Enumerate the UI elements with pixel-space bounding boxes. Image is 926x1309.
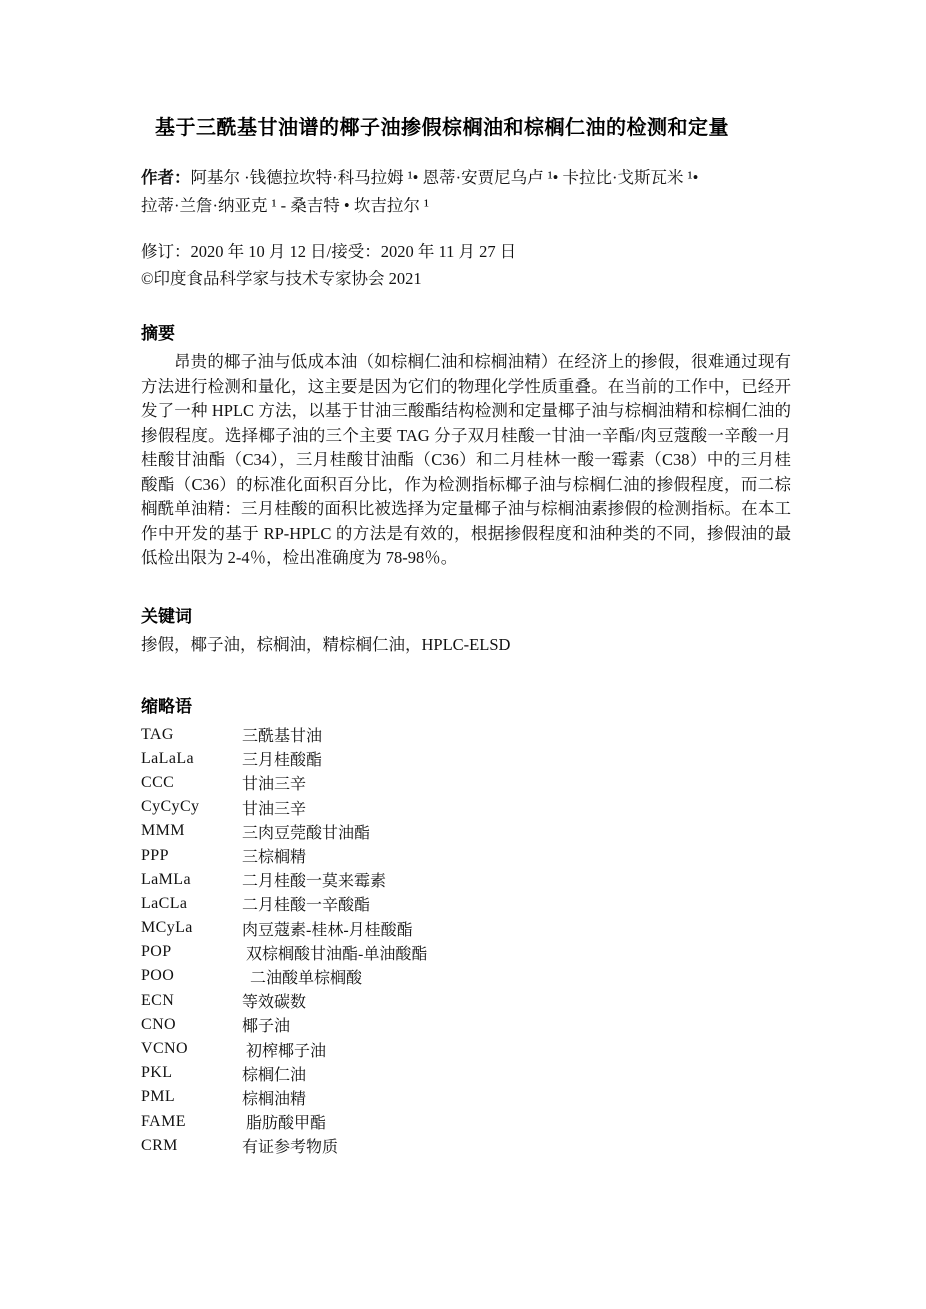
abbreviation-definition: 二月桂酸一莫来霉素 [242, 868, 386, 891]
abbreviation-term: TAG [141, 726, 242, 744]
abbreviation-term: LaLaLa [141, 750, 242, 768]
abbreviation-row: FAME 脂肪酸甲酯 [141, 1110, 791, 1134]
document-content: 基于三酰基甘油谱的椰子油掺假棕榈油和棕榈仁油的检测和定量 作者：阿基尔 ·钱德拉… [141, 112, 791, 1158]
abbreviations-list: TAG三酰基甘油 LaLaLa三月桂酸酯 CCC甘油三辛 CyCyCy甘油三辛 … [141, 723, 791, 1158]
abbreviation-term: CRM [141, 1137, 242, 1155]
keywords-heading: 关键词 [141, 607, 791, 627]
abbreviation-definition: 棕榈仁油 [242, 1062, 306, 1085]
abbreviation-definition: 棕榈油精 [242, 1086, 306, 1109]
abbreviation-definition: 二油酸单棕榈酸 [242, 965, 362, 988]
abbreviation-row: TAG三酰基甘油 [141, 723, 791, 747]
abbreviation-row: MMM三肉豆莞酸甘油酯 [141, 819, 791, 843]
abbreviation-term: CCC [141, 774, 242, 792]
abbreviation-row: CRM有证参考物质 [141, 1134, 791, 1158]
abbreviation-definition: 椰子油 [242, 1013, 290, 1036]
paper-title: 基于三酰基甘油谱的椰子油掺假棕榈油和棕榈仁油的检测和定量 [141, 112, 791, 144]
revision-accepted-dates: 修订：2020 年 10 月 12 日/接受：2020 年 11 月 27 日 [141, 242, 516, 261]
abbreviation-definition: 双棕榈酸甘油酯-单油酸酯 [242, 941, 427, 964]
abbreviation-term: CyCyCy [141, 798, 242, 816]
abbreviation-definition: 三棕榈精 [242, 844, 306, 867]
abbreviation-definition: 甘油三辛 [242, 771, 306, 794]
abbreviations-heading: 缩略语 [141, 697, 791, 717]
abbreviation-row: LaCLa二月桂酸一辛酸酯 [141, 892, 791, 916]
abbreviation-row: PPP三棕榈精 [141, 843, 791, 867]
abbreviation-term: LaMLa [141, 871, 242, 889]
abbreviation-definition: 有证参考物质 [242, 1134, 338, 1157]
abbreviation-term: POP [141, 943, 242, 961]
abstract-heading: 摘要 [141, 324, 791, 344]
abbreviation-row: CyCyCy甘油三辛 [141, 795, 791, 819]
abbreviation-term: CNO [141, 1016, 242, 1034]
abbreviation-definition: 脂肪酸甲酯 [242, 1110, 326, 1133]
abbreviation-term: PML [141, 1088, 242, 1106]
meta-block: 修订：2020 年 10 月 12 日/接受：2020 年 11 月 27 日©… [141, 238, 791, 292]
abbreviation-definition: 等效碳数 [242, 989, 306, 1012]
abbreviation-row: LaMLa二月桂酸一莫来霉素 [141, 868, 791, 892]
copyright-line: ©印度食品科学家与技术专家协会 2021 [141, 269, 422, 288]
abbreviation-term: POO [141, 967, 242, 985]
document-page: 基于三酰基甘油谱的椰子油掺假棕榈油和棕榈仁油的检测和定量 作者：阿基尔 ·钱德拉… [0, 0, 926, 1309]
abbreviation-row: CCC甘油三辛 [141, 771, 791, 795]
abbreviation-term: LaCLa [141, 895, 242, 913]
abbreviation-row: ECN等效碳数 [141, 989, 791, 1013]
abbreviation-row: PML棕榈油精 [141, 1085, 791, 1109]
abbreviation-row: POO 二油酸单棕榈酸 [141, 964, 791, 988]
abbreviation-row: LaLaLa三月桂酸酯 [141, 747, 791, 771]
abstract-text: 昂贵的椰子油与低成本油（如棕榈仁油和棕榈油精）在经济上的掺假，很难通过现有方法进… [141, 350, 791, 571]
authors-block: 作者：阿基尔 ·钱德拉坎特·科马拉姆 ¹• 恩蒂·安贾尼乌卢 ¹• 卡拉比·戈斯… [141, 164, 791, 220]
abbreviation-row: POP 双棕榈酸甘油酯-单油酸酯 [141, 940, 791, 964]
abbreviation-row: PKL棕榈仁油 [141, 1061, 791, 1085]
keywords-text: 掺假，椰子油，棕榈油，精棕榈仁油，HPLC-ELSD [141, 633, 791, 657]
abbreviation-definition: 二月桂酸一辛酸酯 [242, 892, 370, 915]
abbreviation-term: ECN [141, 992, 242, 1010]
abbreviation-row: VCNO 初榨椰子油 [141, 1037, 791, 1061]
abbreviation-term: MMM [141, 822, 242, 840]
abbreviation-definition: 初榨椰子油 [242, 1038, 326, 1061]
abbreviation-row: MCyLa肉豆蔻素-桂林-月桂酸酯 [141, 916, 791, 940]
abbreviation-definition: 三月桂酸酯 [242, 747, 322, 770]
abbreviation-row: CNO椰子油 [141, 1013, 791, 1037]
abbreviation-term: VCNO [141, 1040, 242, 1058]
authors-names-line1: 阿基尔 ·钱德拉坎特·科马拉姆 ¹• 恩蒂·安贾尼乌卢 ¹• 卡拉比·戈斯瓦米 … [191, 168, 699, 187]
abbreviation-definition: 肉豆蔻素-桂林-月桂酸酯 [242, 917, 413, 940]
abbreviation-definition: 甘油三辛 [242, 796, 306, 819]
abbreviation-term: PPP [141, 847, 242, 865]
authors-label: 作者： [141, 169, 191, 187]
abbreviation-definition: 三肉豆莞酸甘油酯 [242, 820, 370, 843]
abbreviation-term: FAME [141, 1113, 242, 1131]
authors-names-line2: 拉蒂·兰詹·纳亚克 ¹ - 桑吉特 • 坎吉拉尔 ¹ [141, 196, 429, 215]
abbreviation-term: MCyLa [141, 919, 242, 937]
abbreviation-definition: 三酰基甘油 [242, 723, 322, 746]
abbreviation-term: PKL [141, 1064, 242, 1082]
